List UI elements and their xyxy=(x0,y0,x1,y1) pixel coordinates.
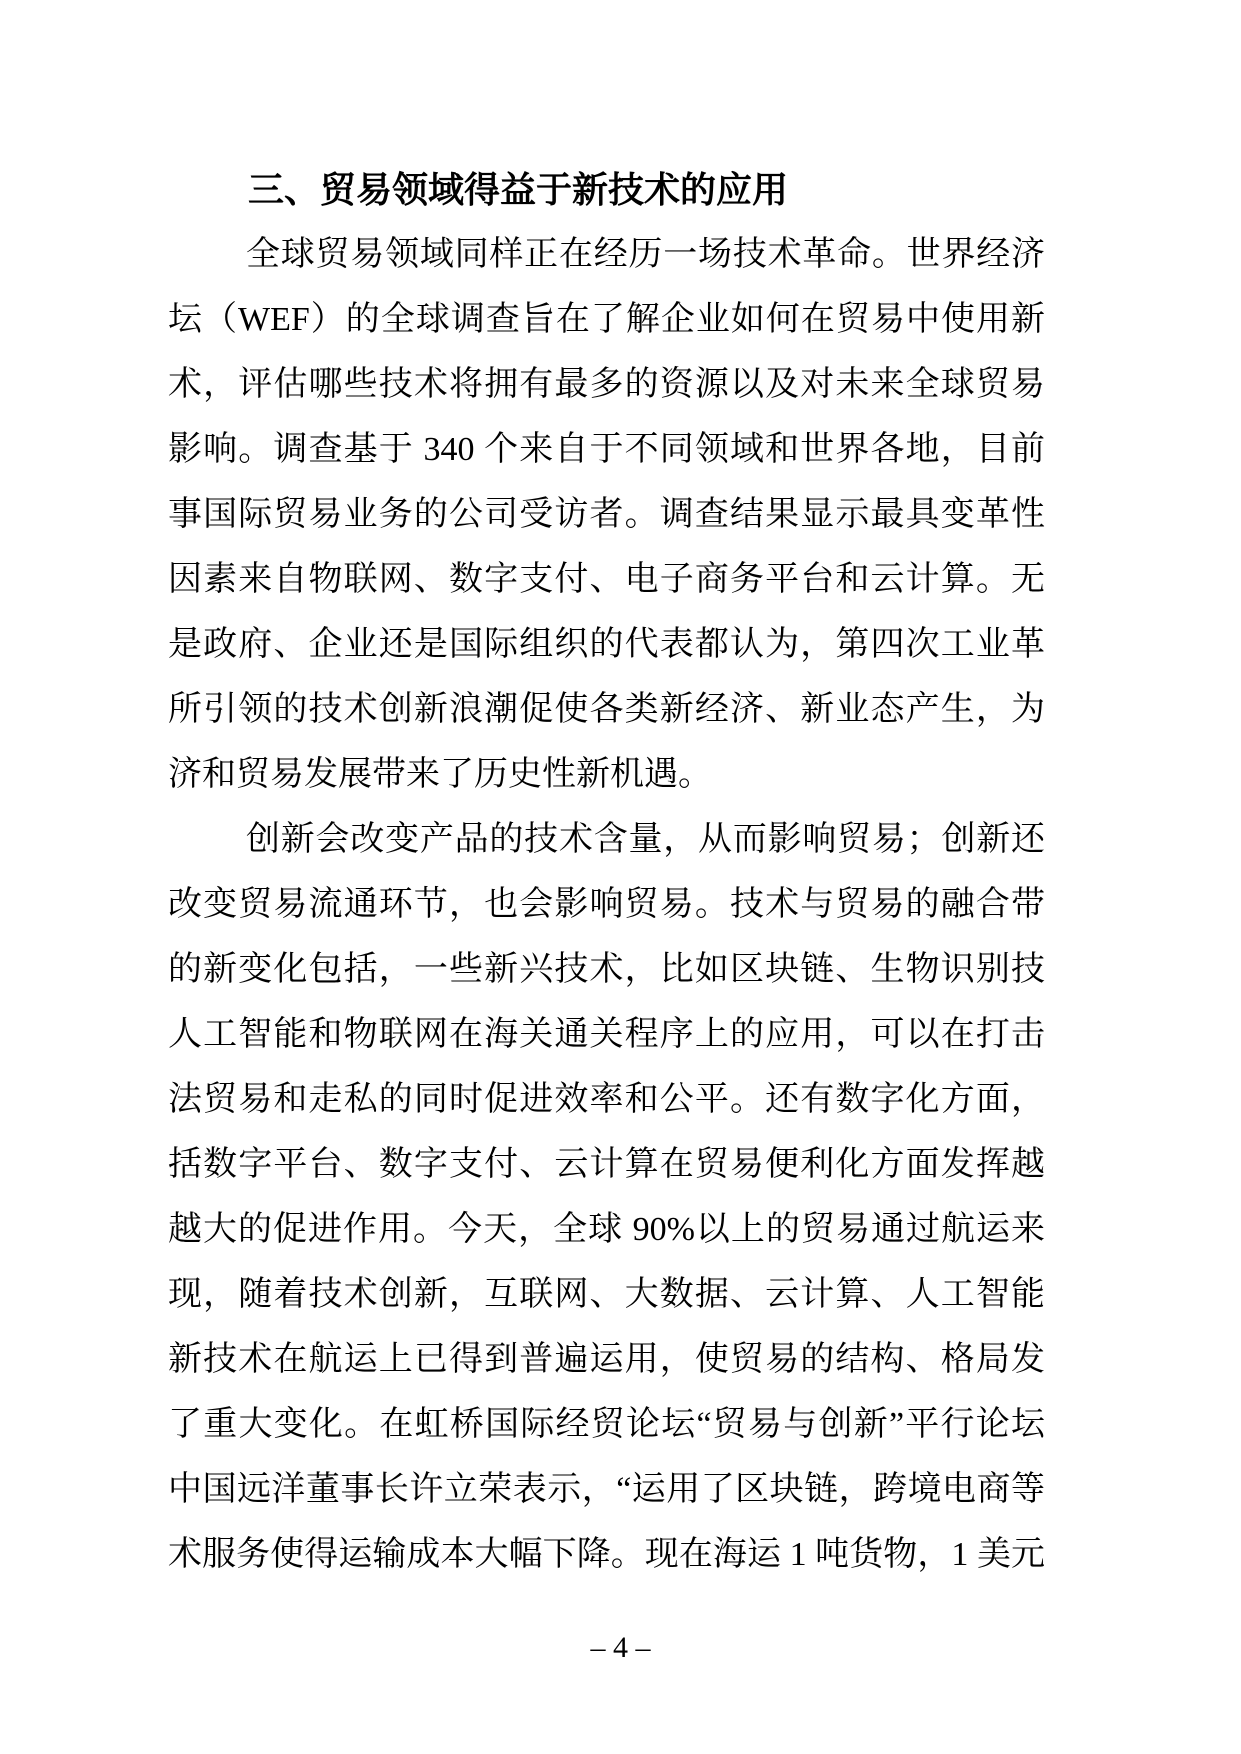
body-line: 术服务使得运输成本大幅下降。现在海运 1 吨货物，1 美元 xyxy=(168,1522,1045,1587)
body-line: 新技术在航运上已得到普遍运用，使贸易的结构、格局发生 xyxy=(168,1327,1045,1392)
body-line: 越大的促进作用。今天，全球 90%以上的贸易通过航运来实 xyxy=(168,1197,1045,1262)
section-heading: 三、贸易领域得益于新技术的应用 xyxy=(168,157,1045,222)
page-footer: – 4 – xyxy=(0,1625,1241,1670)
body-line: 全球贸易领域同样正在经历一场技术革命。世界经济论 xyxy=(168,222,1045,287)
body-line: 因素来自物联网、数字支付、电子商务平台和云计算。无论 xyxy=(168,547,1045,612)
page-number: – 4 – xyxy=(591,1631,651,1664)
body-paragraphs: 全球贸易领域同样正在经历一场技术革命。世界经济论 坛（WEF）的全球调查旨在了解… xyxy=(168,222,1045,1587)
body-line: 事国际贸易业务的公司受访者。调查结果显示最具变革性的 xyxy=(168,482,1045,547)
document-page: 三、贸易领域得益于新技术的应用 全球贸易领域同样正在经历一场技术革命。世界经济论… xyxy=(0,0,1241,1754)
body-line: 改变贸易流通环节，也会影响贸易。技术与贸易的融合带来 xyxy=(168,872,1045,937)
body-line: 人工智能和物联网在海关通关程序上的应用，可以在打击非 xyxy=(168,1002,1045,1067)
body-line: 济和贸易发展带来了历史性新机遇。 xyxy=(168,742,1045,807)
body-line: 中国远洋董事长许立荣表示，“运用了区块链，跨境电商等技 xyxy=(168,1457,1045,1522)
document-body: 三、贸易领域得益于新技术的应用 全球贸易领域同样正在经历一场技术革命。世界经济论… xyxy=(168,157,1045,1587)
body-line: 所引领的技术创新浪潮促使各类新经济、新业态产生，为经 xyxy=(168,677,1045,742)
body-line: 的新变化包括，一些新兴技术，比如区块链、生物识别技术、 xyxy=(168,937,1045,1002)
body-line: 创新会改变产品的技术含量，从而影响贸易；创新还将 xyxy=(168,807,1045,872)
body-line: 现，随着技术创新，互联网、大数据、云计算、人工智能等 xyxy=(168,1262,1045,1327)
body-line: 法贸易和走私的同时促进效率和公平。还有数字化方面，包 xyxy=(168,1067,1045,1132)
body-line: 影响。调查基于 340 个来自于不同领域和世界各地，目前从 xyxy=(168,417,1045,482)
body-line: 坛（WEF）的全球调查旨在了解企业如何在贸易中使用新技 xyxy=(168,287,1045,352)
body-line: 括数字平台、数字支付、云计算在贸易便利化方面发挥越来 xyxy=(168,1132,1045,1197)
body-line: 了重大变化。在虹桥国际经贸论坛“贸易与创新”平行论坛上， xyxy=(168,1392,1045,1457)
body-line: 术，评估哪些技术将拥有最多的资源以及对未来全球贸易的 xyxy=(168,352,1045,417)
body-line: 是政府、企业还是国际组织的代表都认为，第四次工业革命 xyxy=(168,612,1045,677)
